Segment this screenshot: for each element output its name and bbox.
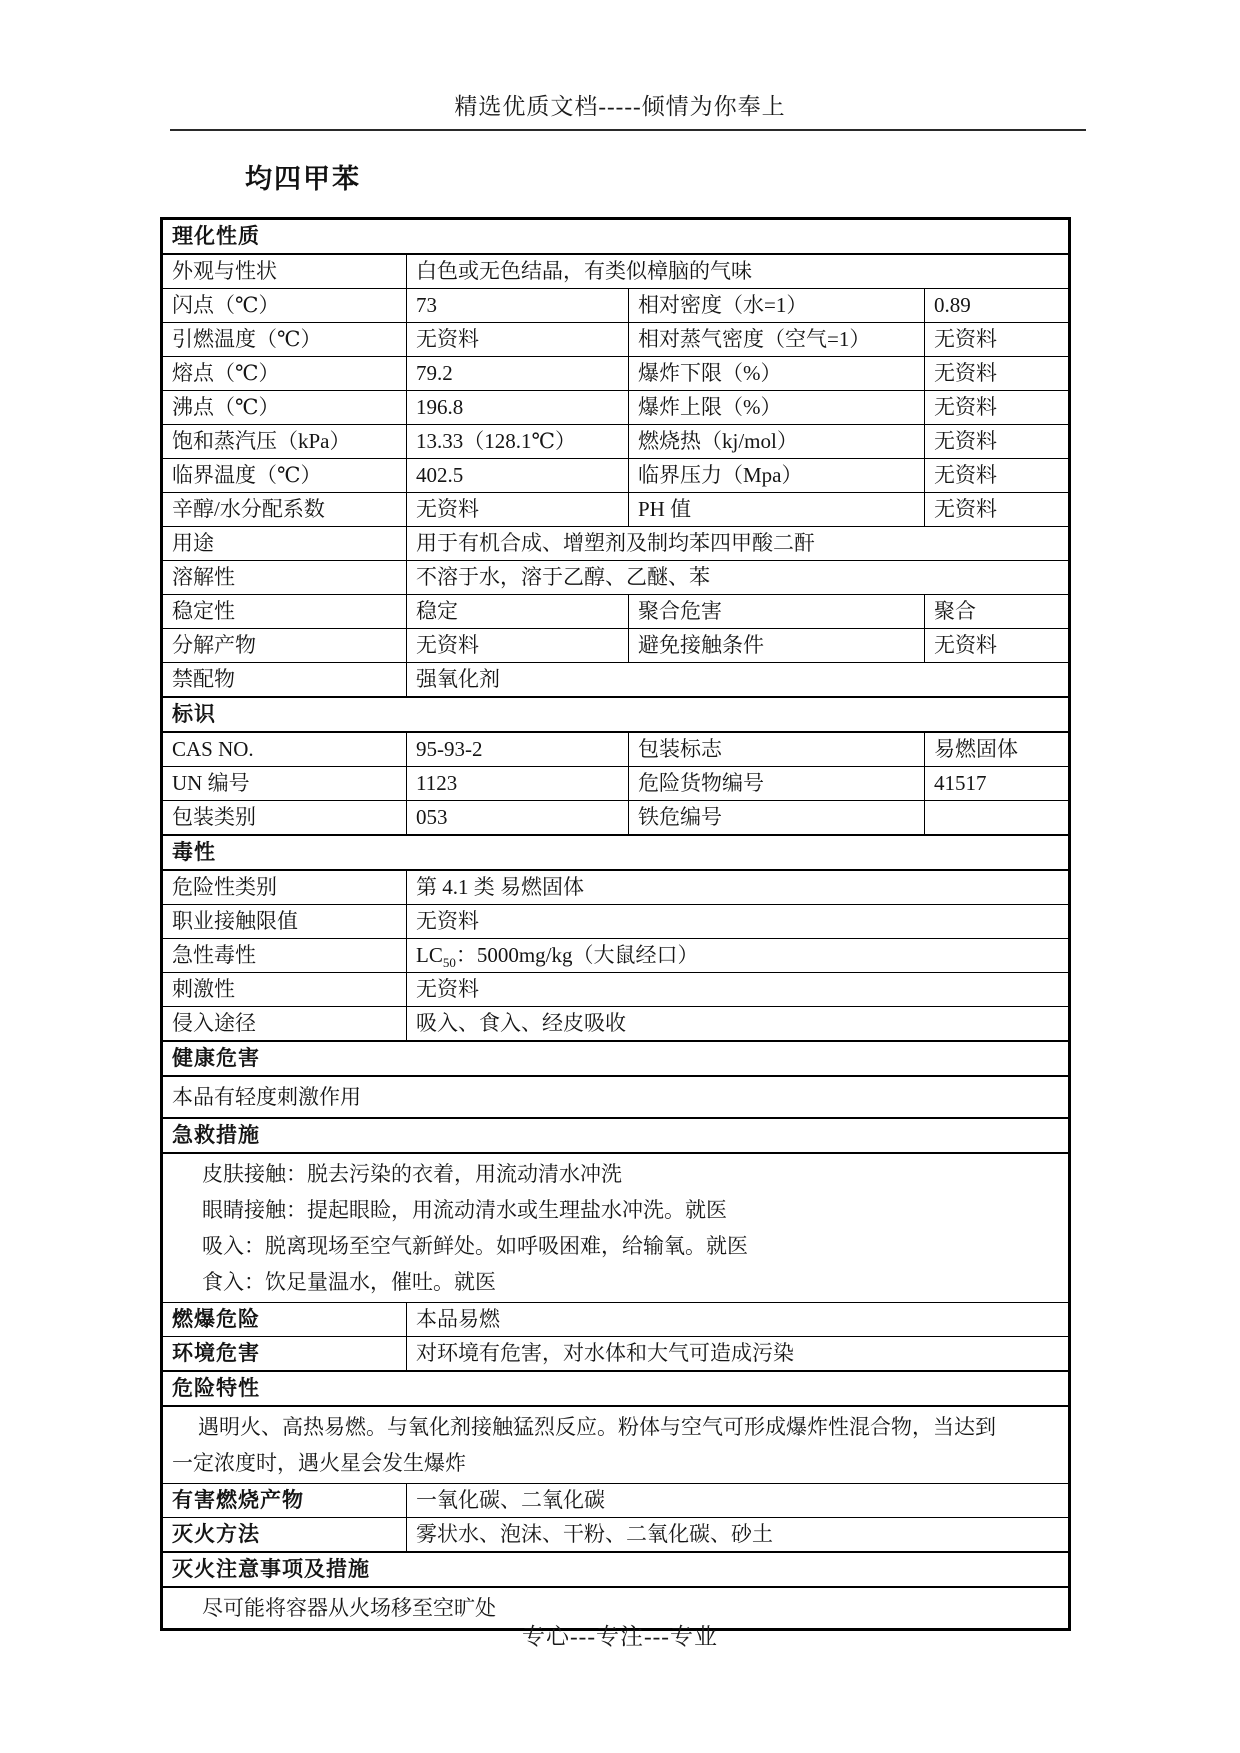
cell-label: CAS NO. <box>162 732 407 767</box>
cell-value: 无资料 <box>407 629 629 663</box>
table-row: 外观与性状白色或无色结晶，有类似樟脑的气味 <box>162 254 1070 289</box>
subscript-text: 50 <box>443 955 456 970</box>
table-row: 饱和蒸汽压（kPa）13.33（128.1℃）燃烧热（kj/mol）无资料 <box>162 425 1070 459</box>
cell-label: 禁配物 <box>162 663 407 698</box>
table-row: 稳定性稳定聚合危害聚合 <box>162 595 1070 629</box>
cell-label: 用途 <box>162 527 407 561</box>
section-row: 标识 <box>162 697 1070 732</box>
cell-value: 相对蒸气密度（空气=1） <box>629 323 925 357</box>
table-row: 分解产物无资料避免接触条件无资料 <box>162 629 1070 663</box>
cell-label: 沸点（℃） <box>162 391 407 425</box>
cell-value: 无资料 <box>925 629 1070 663</box>
table-row: CAS NO.95-93-2包装标志易燃固体 <box>162 732 1070 767</box>
cell-value: 无资料 <box>925 459 1070 493</box>
paragraph-line: 吸入：脱离现场至空气新鲜处。如呼吸困难，给输氧。就医 <box>172 1228 1059 1264</box>
table-row: 燃爆危险本品易燃 <box>162 1303 1070 1337</box>
cell-value: 铁危编号 <box>629 801 925 836</box>
cell-label: 引燃温度（℃） <box>162 323 407 357</box>
section-header: 健康危害 <box>162 1041 1070 1076</box>
cell-value: 雾状水、泡沫、干粉、二氧化碳、砂土 <box>407 1518 1070 1553</box>
cell-value: 第 4.1 类 易燃固体 <box>407 870 1070 905</box>
cell-label: 侵入途径 <box>162 1007 407 1042</box>
header-banner: 精选优质文档-----倾情为你奉上 <box>0 88 1240 121</box>
table-row: 刺激性无资料 <box>162 973 1070 1007</box>
cell-value: 爆炸上限（%） <box>629 391 925 425</box>
cell-value: 爆炸下限（%） <box>629 357 925 391</box>
cell-value: 对环境有危害，对水体和大气可造成污染 <box>407 1337 1070 1372</box>
page-title: 均四甲苯 <box>245 157 361 196</box>
paragraph-line: 遇明火、高热易燃。与氧化剂接触猛烈反应。粉体与空气可形成爆炸性混合物，当达到 <box>172 1409 1059 1445</box>
cell-value: 无资料 <box>407 905 1070 939</box>
section-row: 急救措施 <box>162 1118 1070 1153</box>
table-row: 有害燃烧产物一氧化碳、二氧化碳 <box>162 1484 1070 1518</box>
cell-value: 1123 <box>407 767 629 801</box>
cell-value: 无资料 <box>925 357 1070 391</box>
cell-value: 避免接触条件 <box>629 629 925 663</box>
table-row: 溶解性不溶于水，溶于乙醇、乙醚、苯 <box>162 561 1070 595</box>
cell-value: 无资料 <box>925 425 1070 459</box>
table-row: 禁配物强氧化剂 <box>162 663 1070 698</box>
paragraph-line: 本品有轻度刺激作用 <box>172 1079 1059 1115</box>
table-row: 闪点（℃）73相对密度（水=1）0.89 <box>162 289 1070 323</box>
table-row: 急性毒性LC50：5000mg/kg（大鼠经口） <box>162 939 1070 973</box>
cell-label: 灭火方法 <box>162 1518 407 1553</box>
table-row: 侵入途径吸入、食入、经皮吸收 <box>162 1007 1070 1042</box>
cell-value: 402.5 <box>407 459 629 493</box>
paragraph-row: 遇明火、高热易燃。与氧化剂接触猛烈反应。粉体与空气可形成爆炸性混合物，当达到一定… <box>162 1406 1070 1484</box>
footer-slogan: 专心---专注---专业 <box>0 1618 1240 1651</box>
cell-value: 用于有机合成、增塑剂及制均苯四甲酸二酐 <box>407 527 1070 561</box>
section-header: 理化性质 <box>162 219 1070 255</box>
table-row: 辛醇/水分配系数无资料PH 值无资料 <box>162 493 1070 527</box>
cell-label: 刺激性 <box>162 973 407 1007</box>
cell-value: 13.33（128.1℃） <box>407 425 629 459</box>
document-page: 精选优质文档-----倾情为你奉上 均四甲苯 理化性质外观与性状白色或无色结晶，… <box>0 0 1240 1753</box>
section-header: 灭火注意事项及措施 <box>162 1552 1070 1587</box>
table-row: 包装类别053铁危编号 <box>162 801 1070 836</box>
table-row: 引燃温度（℃）无资料相对蒸气密度（空气=1）无资料 <box>162 323 1070 357</box>
cell-label: 燃爆危险 <box>162 1303 407 1337</box>
cell-value: 73 <box>407 289 629 323</box>
section-row: 灭火注意事项及措施 <box>162 1552 1070 1587</box>
section-header: 标识 <box>162 697 1070 732</box>
cell-value: LC50：5000mg/kg（大鼠经口） <box>407 939 1070 973</box>
cell-value: 053 <box>407 801 629 836</box>
properties-table-body: 理化性质外观与性状白色或无色结晶，有类似樟脑的气味闪点（℃）73相对密度（水=1… <box>162 219 1070 1630</box>
table-row: 环境危害对环境有危害，对水体和大气可造成污染 <box>162 1337 1070 1372</box>
cell-label: 环境危害 <box>162 1337 407 1372</box>
table-row: UN 编号1123危险货物编号41517 <box>162 767 1070 801</box>
table-row: 熔点（℃）79.2爆炸下限（%）无资料 <box>162 357 1070 391</box>
section-row: 毒性 <box>162 835 1070 870</box>
cell-label: 溶解性 <box>162 561 407 595</box>
cell-value: 一氧化碳、二氧化碳 <box>407 1484 1070 1518</box>
cell-value: 无资料 <box>407 493 629 527</box>
header-rule <box>170 129 1086 131</box>
paragraph-row: 皮肤接触：脱去污染的衣着，用流动清水冲洗眼睛接触：提起眼睑，用流动清水或生理盐水… <box>162 1153 1070 1303</box>
cell-label: 临界温度（℃） <box>162 459 407 493</box>
cell-value: 聚合 <box>925 595 1070 629</box>
cell-label: 辛醇/水分配系数 <box>162 493 407 527</box>
cell-value: 吸入、食入、经皮吸收 <box>407 1007 1070 1042</box>
cell-label: 急性毒性 <box>162 939 407 973</box>
section-header: 危险特性 <box>162 1371 1070 1406</box>
section-header: 急救措施 <box>162 1118 1070 1153</box>
cell-value: 无资料 <box>407 323 629 357</box>
paragraph-row: 本品有轻度刺激作用 <box>162 1076 1070 1118</box>
section-row: 理化性质 <box>162 219 1070 255</box>
table-row: 临界温度（℃）402.5临界压力（Mpa）无资料 <box>162 459 1070 493</box>
cell-label: 饱和蒸汽压（kPa） <box>162 425 407 459</box>
cell-label: 熔点（℃） <box>162 357 407 391</box>
cell-value: 79.2 <box>407 357 629 391</box>
cell-label: 职业接触限值 <box>162 905 407 939</box>
table-row: 沸点（℃）196.8爆炸上限（%）无资料 <box>162 391 1070 425</box>
cell-value: 聚合危害 <box>629 595 925 629</box>
cell-value: 无资料 <box>925 323 1070 357</box>
properties-table: 理化性质外观与性状白色或无色结晶，有类似樟脑的气味闪点（℃）73相对密度（水=1… <box>160 217 1071 1631</box>
cell-value: 41517 <box>925 767 1070 801</box>
cell-value: 无资料 <box>925 493 1070 527</box>
cell-label: 外观与性状 <box>162 254 407 289</box>
cell-label: 包装类别 <box>162 801 407 836</box>
cell-value: 强氧化剂 <box>407 663 1070 698</box>
cell-label: 稳定性 <box>162 595 407 629</box>
section-header: 毒性 <box>162 835 1070 870</box>
cell-label: 危险性类别 <box>162 870 407 905</box>
paragraph-cell: 皮肤接触：脱去污染的衣着，用流动清水冲洗眼睛接触：提起眼睑，用流动清水或生理盐水… <box>162 1153 1070 1303</box>
cell-value: 稳定 <box>407 595 629 629</box>
sds-table-container: 理化性质外观与性状白色或无色结晶，有类似樟脑的气味闪点（℃）73相对密度（水=1… <box>160 217 1071 1631</box>
cell-value: 白色或无色结晶，有类似樟脑的气味 <box>407 254 1070 289</box>
paragraph-cell: 遇明火、高热易燃。与氧化剂接触猛烈反应。粉体与空气可形成爆炸性混合物，当达到一定… <box>162 1406 1070 1484</box>
paragraph-line: 一定浓度时，遇火星会发生爆炸 <box>172 1445 1059 1481</box>
cell-value: 0.89 <box>925 289 1070 323</box>
cell-label: 分解产物 <box>162 629 407 663</box>
cell-value: 95-93-2 <box>407 732 629 767</box>
cell-value: 196.8 <box>407 391 629 425</box>
cell-value: 临界压力（Mpa） <box>629 459 925 493</box>
cell-label: 闪点（℃） <box>162 289 407 323</box>
paragraph-line: 眼睛接触：提起眼睑，用流动清水或生理盐水冲洗。就医 <box>172 1192 1059 1228</box>
cell-value: 易燃固体 <box>925 732 1070 767</box>
cell-value: 无资料 <box>925 391 1070 425</box>
table-row: 职业接触限值无资料 <box>162 905 1070 939</box>
table-row: 灭火方法雾状水、泡沫、干粉、二氧化碳、砂土 <box>162 1518 1070 1553</box>
table-row: 危险性类别第 4.1 类 易燃固体 <box>162 870 1070 905</box>
section-row: 危险特性 <box>162 1371 1070 1406</box>
paragraph-line: 皮肤接触：脱去污染的衣着，用流动清水冲洗 <box>172 1156 1059 1192</box>
cell-value: PH 值 <box>629 493 925 527</box>
cell-value: 无资料 <box>407 973 1070 1007</box>
cell-label: 有害燃烧产物 <box>162 1484 407 1518</box>
cell-value: 包装标志 <box>629 732 925 767</box>
section-row: 健康危害 <box>162 1041 1070 1076</box>
paragraph-line: 食入：饮足量温水，催吐。就医 <box>172 1264 1059 1300</box>
cell-label: UN 编号 <box>162 767 407 801</box>
cell-value: 燃烧热（kj/mol） <box>629 425 925 459</box>
cell-value: 危险货物编号 <box>629 767 925 801</box>
cell-value <box>925 801 1070 836</box>
paragraph-cell: 本品有轻度刺激作用 <box>162 1076 1070 1118</box>
table-row: 用途用于有机合成、增塑剂及制均苯四甲酸二酐 <box>162 527 1070 561</box>
cell-value: 相对密度（水=1） <box>629 289 925 323</box>
cell-value: 本品易燃 <box>407 1303 1070 1337</box>
cell-value: 不溶于水，溶于乙醇、乙醚、苯 <box>407 561 1070 595</box>
